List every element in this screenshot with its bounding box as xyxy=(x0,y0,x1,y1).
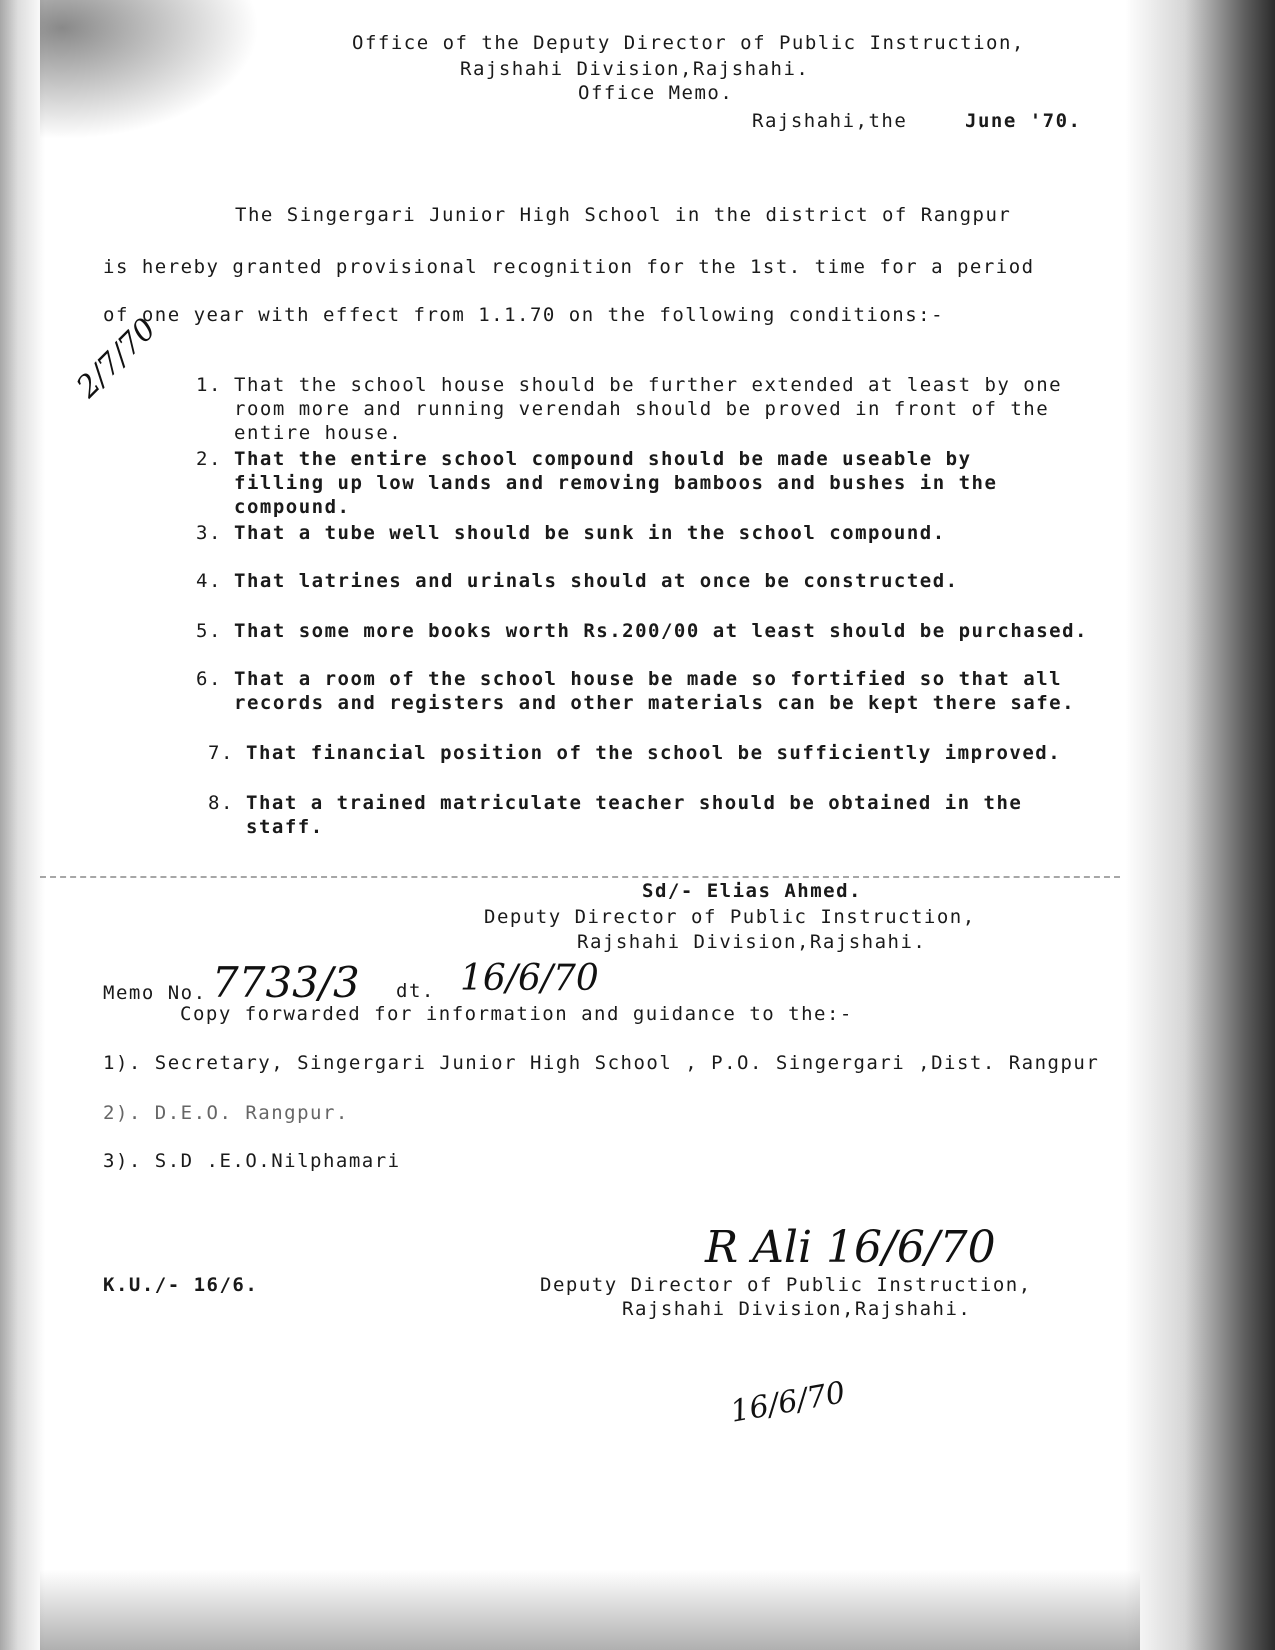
footer-title: Deputy Director of Public Instruction, xyxy=(540,1274,1032,1296)
recipient-2: 2). D.E.O. Rangpur. xyxy=(103,1102,349,1124)
memo-number-handwritten: 7733/3 xyxy=(212,958,360,1007)
footer-division: Rajshahi Division,Rajshahi. xyxy=(622,1298,971,1320)
condition-number: 8. xyxy=(208,792,234,814)
condition-text-line: That a trained matriculate teacher shoul… xyxy=(246,792,1022,814)
condition-text-line: filling up low lands and removing bamboo… xyxy=(234,472,997,494)
forward-line: Copy forwarded for information and guida… xyxy=(180,1003,853,1025)
memo-label: Memo No. xyxy=(103,982,207,1004)
condition-text-line: That the entire school compound should b… xyxy=(234,448,972,470)
condition-text-line: That financial position of the school be… xyxy=(246,742,1061,764)
signer-division: Rajshahi Division,Rajshahi. xyxy=(577,931,926,953)
condition-number: 4. xyxy=(196,570,222,592)
recipient-3: 3). S.D .E.O.Nilphamari xyxy=(103,1150,401,1172)
typist-initials: K.U./- 16/6. xyxy=(103,1274,258,1296)
recipient-1: 1). Secretary, Singergari Junior High Sc… xyxy=(103,1052,1099,1074)
signed-by: Sd/- Elias Ahmed. xyxy=(642,880,862,902)
condition-text-line: staff. xyxy=(246,816,324,838)
body-line-1: The Singergari Junior High School in the… xyxy=(235,204,1011,226)
division-heading: Rajshahi Division,Rajshahi. xyxy=(460,58,809,80)
condition-number: 3. xyxy=(196,522,222,544)
condition-text-line: That the school house should be further … xyxy=(234,374,1062,396)
condition-number: 6. xyxy=(196,668,222,690)
handwritten-signature: R Ali 16/6/70 xyxy=(705,1222,996,1273)
body-line-3: of one year with effect from 1.1.70 on t… xyxy=(103,304,944,326)
scan-corner-smudge xyxy=(40,0,260,140)
memo-date-handwritten: 16/6/70 xyxy=(460,958,599,999)
condition-number: 7. xyxy=(208,742,234,764)
office-heading: Office of the Deputy Director of Public … xyxy=(352,32,1025,54)
condition-number: 1. xyxy=(196,374,222,396)
scan-edge-shadow-left xyxy=(0,0,45,1650)
condition-number: 2. xyxy=(196,448,222,470)
condition-text-line: compound. xyxy=(234,496,350,518)
memo-date-label: dt. xyxy=(396,980,435,1002)
condition-text-line: room more and running verendah should be… xyxy=(234,398,1049,420)
condition-text-line: That some more books worth Rs.200/00 at … xyxy=(234,620,1088,642)
signer-title: Deputy Director of Public Instruction, xyxy=(484,906,976,928)
condition-text-line: records and registers and other material… xyxy=(234,692,1075,714)
condition-text-line: entire house. xyxy=(234,422,402,444)
paper-fold-line xyxy=(40,876,1120,878)
memo-type-heading: Office Memo. xyxy=(578,82,733,104)
body-line-2: is hereby granted provisional recognitio… xyxy=(103,256,1035,278)
place-date: Rajshahi,the xyxy=(752,110,907,132)
condition-text-line: That latrines and urinals should at once… xyxy=(234,570,959,592)
condition-text-line: That a room of the school house be made … xyxy=(234,668,1062,690)
scan-bottom-smudge xyxy=(40,1570,1140,1650)
scanned-memo-page: Office of the Deputy Director of Public … xyxy=(0,0,1275,1650)
month-year: June '70. xyxy=(965,110,1081,132)
scan-edge-shadow-right xyxy=(1125,0,1275,1650)
condition-number: 5. xyxy=(196,620,222,642)
handwritten-initial-date: 16/6/70 xyxy=(728,1375,848,1430)
condition-text-line: That a tube well should be sunk in the s… xyxy=(234,522,946,544)
